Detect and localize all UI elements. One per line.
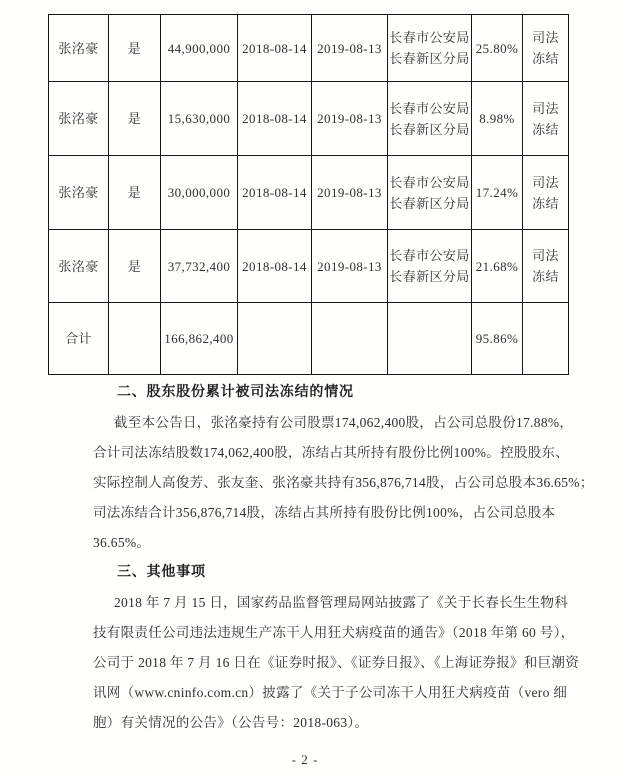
cell-flag: 是 [109,82,161,156]
table-total-row: 合计 166,862,400 95.86% [49,303,569,375]
cell-shareholder: 张洺豪 [49,230,109,303]
cell-total-shares: 166,862,400 [161,303,238,375]
cell-start-date: 2018-08-14 [238,82,312,156]
paragraph-line: 讯网（www.cninfo.com.cn）披露了《关于子公司冻干人用狂犬病疫苗（… [93,678,593,708]
cell-percent: 25.80% [472,15,523,82]
cell-shares: 37,732,400 [161,230,238,303]
cell-authority: 长春市公安局 长春新区分局 [388,156,472,230]
paragraph-line: 合计司法冻结股数174,062,400股，冻结占其所持有股份比例100%。控股股… [93,438,593,468]
cell-shareholder: 张洺豪 [49,156,109,230]
cell-flag: 是 [109,156,161,230]
cell-start-date: 2018-08-14 [238,156,312,230]
cell-freeze-type: 司法 冻结 [523,15,569,82]
cell-freeze-type: 司法 冻结 [523,82,569,156]
cell-freeze-type: 司法 冻结 [523,230,569,303]
cell-total-label: 合计 [49,303,109,375]
cell-authority: 长春市公安局 长春新区分局 [388,15,472,82]
cell-authority: 长春市公安局 长春新区分局 [388,82,472,156]
cell-empty [523,303,569,375]
cell-shares: 15,630,000 [161,82,238,156]
section-3-heading: 三、其他事项 [93,558,593,588]
cell-total-percent: 95.86% [472,303,523,375]
table-row: 张洺豪 是 37,732,400 2018-08-14 2019-08-13 长… [49,230,569,303]
share-freeze-table: 张洺豪 是 44,900,000 2018-08-14 2019-08-13 长… [48,14,569,375]
cell-shareholder: 张洺豪 [49,15,109,82]
table-row: 张洺豪 是 30,000,000 2018-08-14 2019-08-13 长… [49,156,569,230]
paragraph-line: 2018 年 7 月 15 日，国家药品监督管理局网站披露了《关于长春长生生物科 [93,588,593,618]
cell-end-date: 2019-08-13 [312,15,388,82]
cell-percent: 21.68% [472,230,523,303]
section-2-heading: 二、股东股份累计被司法冻结的情况 [93,378,593,408]
cell-empty [238,303,312,375]
paragraph-line: 胞）有关情况的公告》（公告号：2018-063）。 [93,708,593,738]
paragraph-line: 司法冻结合计356,876,714股，冻结占其所持有股份比例100%，占公司总股… [93,498,593,528]
paragraph-line: 截至本公告日，张洺豪持有公司股票174,062,400股，占公司总股份17.88… [93,408,593,438]
table-row: 张洺豪 是 44,900,000 2018-08-14 2019-08-13 长… [49,15,569,82]
cell-empty [312,303,388,375]
cell-shareholder: 张洺豪 [49,82,109,156]
paragraph-line: 36.65%。 [93,528,593,558]
document-page: 张洺豪 是 44,900,000 2018-08-14 2019-08-13 长… [0,0,627,780]
page-number: - 2 - [0,746,610,774]
cell-percent: 17.24% [472,156,523,230]
cell-start-date: 2018-08-14 [238,15,312,82]
cell-empty [388,303,472,375]
cell-end-date: 2019-08-13 [312,230,388,303]
cell-authority: 长春市公安局 长春新区分局 [388,230,472,303]
cell-start-date: 2018-08-14 [238,230,312,303]
document-body: 二、股东股份累计被司法冻结的情况 截至本公告日，张洺豪持有公司股票174,062… [93,378,593,738]
cell-empty [109,303,161,375]
paragraph-line: 实际控制人高俊芳、张友奎、张洺豪共持有356,876,714股，占公司总股本36… [93,468,593,498]
cell-end-date: 2019-08-13 [312,156,388,230]
cell-flag: 是 [109,15,161,82]
table-row: 张洺豪 是 15,630,000 2018-08-14 2019-08-13 长… [49,82,569,156]
cell-flag: 是 [109,230,161,303]
cell-end-date: 2019-08-13 [312,82,388,156]
cell-freeze-type: 司法 冻结 [523,156,569,230]
paragraph-line: 公司于 2018 年 7 月 16 日在《证券时报》、《证券日报》、《上海证券报… [93,648,593,678]
cell-shares: 30,000,000 [161,156,238,230]
paragraph-line: 技有限责任公司违法违规生产冻干人用狂犬病疫苗的通告》（2018 年第 60 号）… [93,618,593,648]
cell-percent: 8.98% [472,82,523,156]
cell-shares: 44,900,000 [161,15,238,82]
